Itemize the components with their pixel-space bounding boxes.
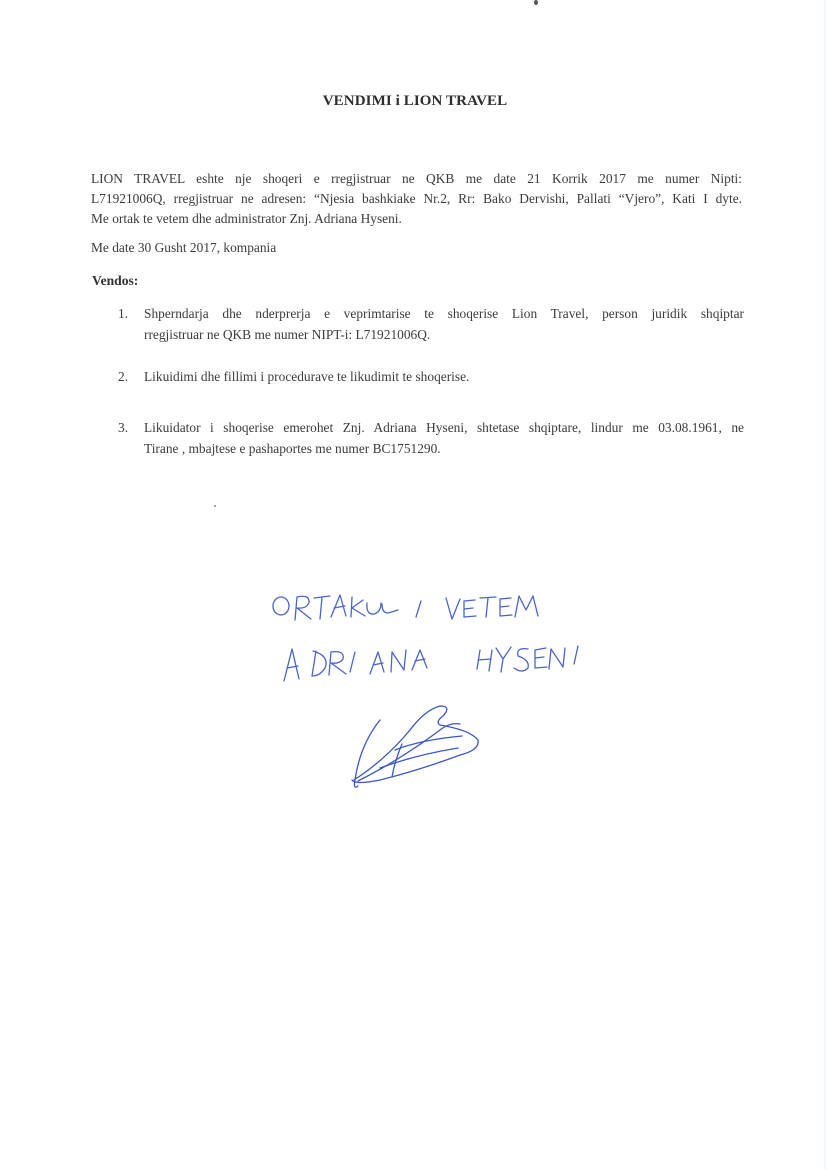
decision-number: 2. [118,366,128,387]
decision-text: Shperndarja dhe nderprerja e veprimtaris… [144,303,744,324]
decision-text: Likuidator i shoqerise emerohet Znj. Adr… [144,417,744,438]
scan-speck [214,505,216,507]
decision-number: 1. [118,303,128,324]
handwritten-line-adriana-hyseni [284,646,578,681]
intro-line: L71921006Q, rregjistruar ne adresen: “Nj… [91,189,742,209]
decision-heading: Vendos: [92,273,138,289]
intro-line: LION TRAVEL eshte nje shoqeri e rregjist… [91,169,742,189]
handwritten-line-ortaku-i-vetem [273,595,538,620]
intro-paragraph: LION TRAVEL eshte nje shoqeri e rregjist… [91,169,742,229]
decision-item: 2. Likuidimi dhe fillimi i procedurave t… [118,366,744,387]
decision-item: 1. Shperndarja dhe nderprerja e veprimta… [118,303,744,345]
document-title: VENDIMI i LION TRAVEL [0,93,826,110]
decision-item: 3. Likuidator i shoqerise emerohet Znj. … [118,417,744,459]
document-page: VENDIMI i LION TRAVEL LION TRAVEL eshte … [0,0,826,1169]
signature-scribble [352,706,478,787]
decision-number: 3. [118,417,128,438]
date-line: Me date 30 Gusht 2017, kompania [91,238,742,258]
scan-speck [534,0,538,5]
intro-line: Me ortak te vetem dhe administrator Znj.… [91,209,742,229]
decision-text: rregjistruar ne QKB me numer NIPT-i: L71… [144,324,744,345]
decision-text: Likuidimi dhe fillimi i procedurave te l… [144,366,744,387]
decision-text: Tirane , mbajtese e pashaportes me numer… [144,438,744,459]
